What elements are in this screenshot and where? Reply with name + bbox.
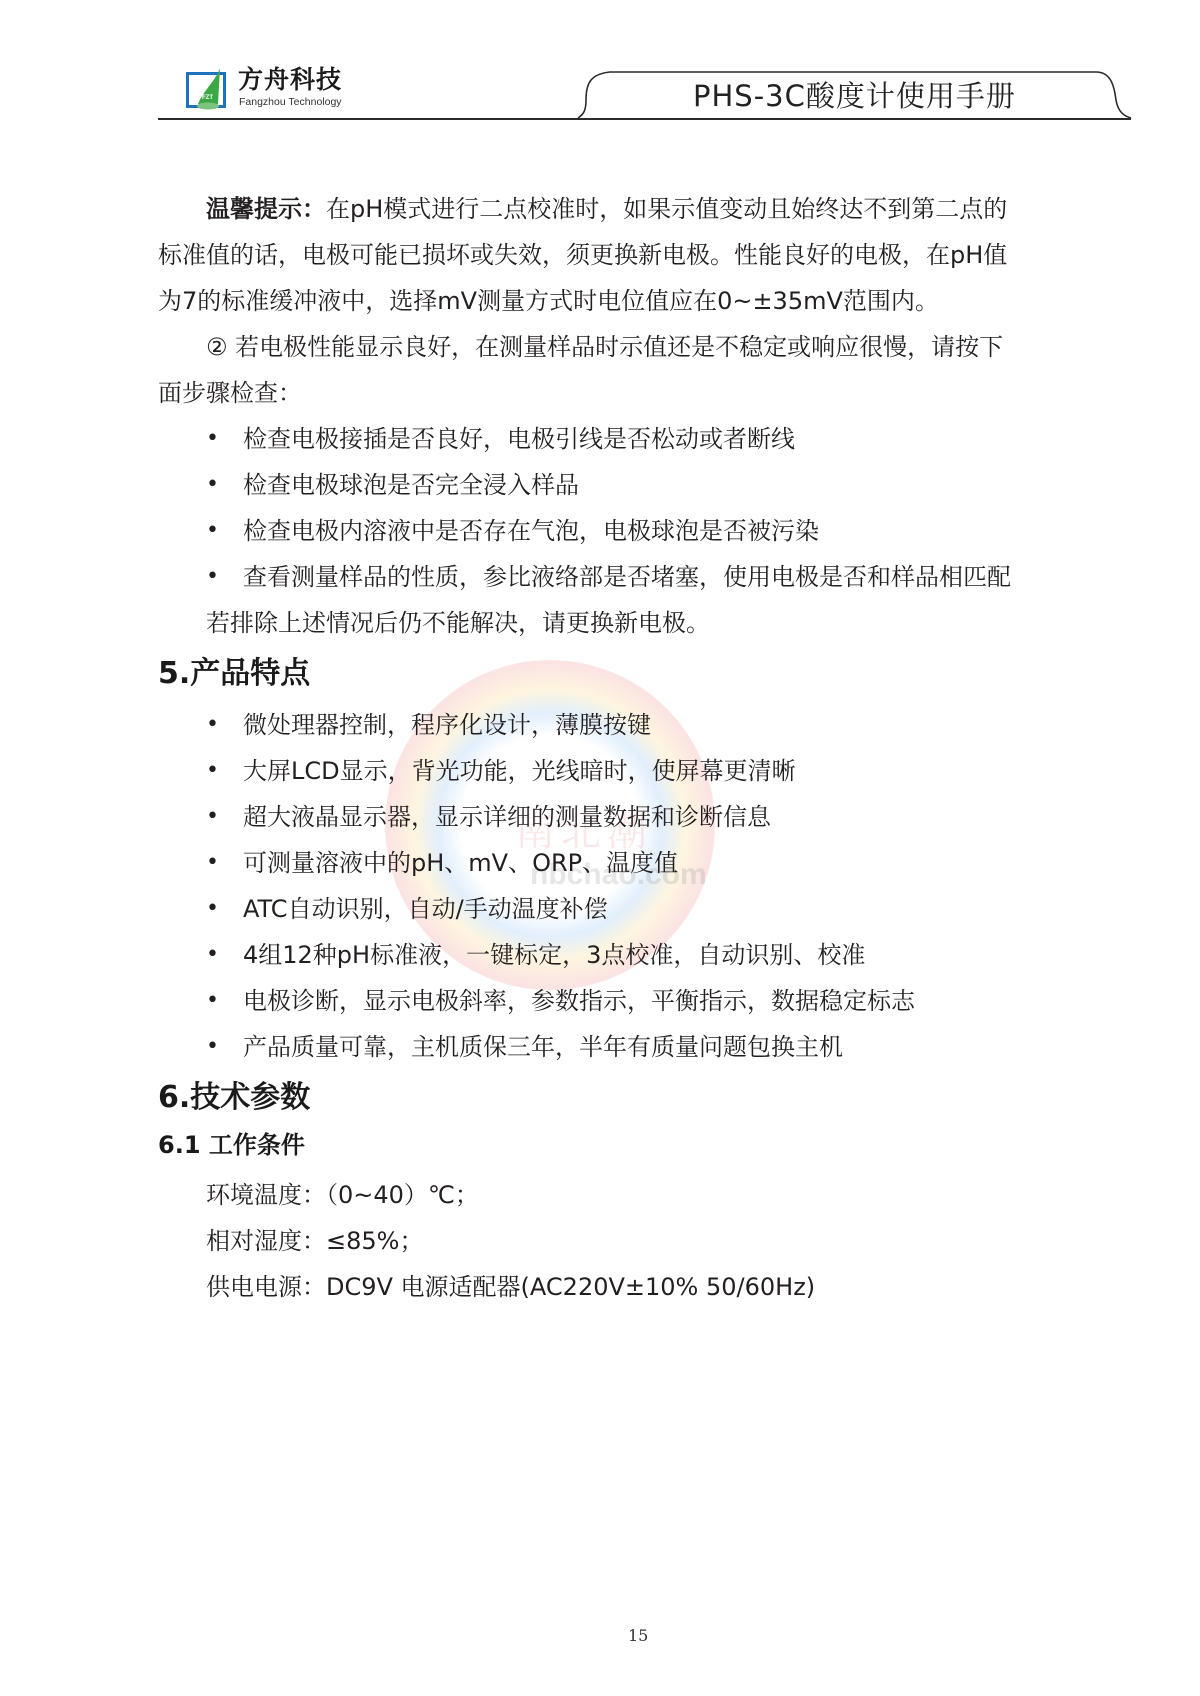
bullet-icon: • xyxy=(206,702,236,748)
checks-conclusion: 若排除上述情况后仍不能解决，请更换新电极。 xyxy=(206,600,710,646)
tip-label: 温馨提示： xyxy=(206,195,326,223)
page-number: 15 xyxy=(628,1626,648,1645)
bullet-icon: • xyxy=(206,840,236,886)
brand-name-en: Fangzhou Technology xyxy=(239,96,342,108)
step2-line-2: 面步骤检查： xyxy=(158,370,302,416)
section-5-title: 5.产品特点 xyxy=(158,654,310,694)
bullet-icon: • xyxy=(206,978,236,1024)
section-6-1-title: 6.1 工作条件 xyxy=(158,1128,305,1162)
brand-name-cn: 方舟科技 xyxy=(238,66,342,94)
bullet-icon: • xyxy=(206,508,236,554)
bullet-icon: • xyxy=(206,886,236,932)
sail-icon: FZT xyxy=(196,68,224,110)
bullet-icon: • xyxy=(206,748,236,794)
spec-relative-humidity: 相对湿度：≤85%； xyxy=(206,1218,423,1264)
tip-line-3: 为7的标准缓冲液中，选择mV测量方式时电位值应在0~±35mV范围内。 xyxy=(158,278,939,324)
bullet-icon: • xyxy=(206,462,236,508)
spec-power-supply: 供电电源：DC9V 电源适配器(AC220V±10% 50/60Hz) xyxy=(206,1264,815,1310)
company-logo: FZT xyxy=(186,68,234,112)
step2-line-1: ② 若电极性能显示良好，在测量样品时示值还是不稳定或响应很慢，请按下 xyxy=(206,324,1003,370)
bullet-icon: • xyxy=(206,554,236,600)
header-divider xyxy=(158,118,1131,120)
bullet-icon: • xyxy=(206,932,236,978)
section-6-title: 6.技术参数 xyxy=(158,1078,310,1118)
bullet-icon: • xyxy=(206,416,236,462)
spec-ambient-temperature: 环境温度：（0~40）℃； xyxy=(206,1172,479,1218)
svg-text:FZT: FZT xyxy=(202,95,213,101)
page-header: FZT 方舟科技 Fangzhou Technology PHS-3C酸度计使用… xyxy=(0,0,1200,130)
document-title: PHS-3C酸度计使用手册 xyxy=(693,78,1016,114)
bullet-icon: • xyxy=(206,794,236,840)
tip-line-1: 温馨提示：在pH模式进行二点校准时，如果示值变动且始终达不到第二点的 xyxy=(206,186,1007,232)
tip-line-2: 标准值的话，电极可能已损坏或失效，须更换新电极。性能良好的电极，在pH值 xyxy=(158,232,1007,278)
bullet-icon: • xyxy=(206,1024,236,1070)
